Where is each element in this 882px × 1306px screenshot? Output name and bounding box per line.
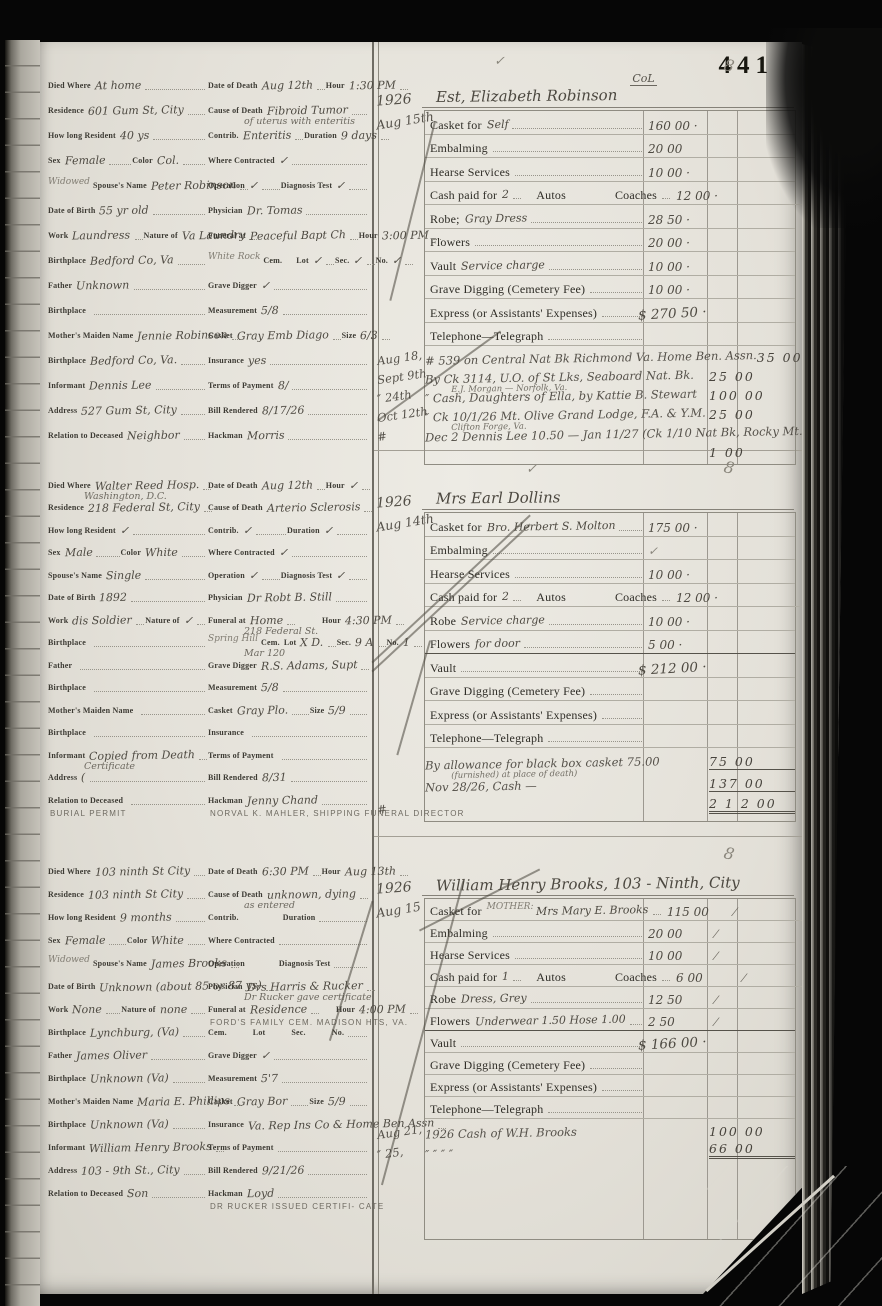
tick-cell (707, 513, 737, 537)
posting-cell (737, 299, 795, 323)
hand-printed-note: DR RUCKER ISSUED CERTIFI- CATE (210, 1202, 384, 1211)
form-row: Relation to DeceasedSon (48, 1178, 206, 1201)
form-row: How long Resident✓ (48, 515, 206, 538)
dotted-rule-line (153, 139, 205, 140)
dotted-rule-line (350, 714, 367, 715)
charges-table: Casket forBro. Herbert S. Molton175 00 ·… (424, 512, 796, 822)
form-value: Arterio Sclerosis (267, 501, 361, 515)
posting-cell (737, 323, 795, 347)
dotted-rule-line (662, 198, 670, 199)
form-row: Address527 Gum St, City (48, 393, 206, 418)
form-value: ✓ (183, 614, 192, 626)
form-label: Size (342, 331, 357, 341)
form-row: InformantCopied from DeathCertificate (48, 740, 206, 763)
form-value: 5/8 (261, 305, 279, 317)
dotted-rule-line (524, 647, 642, 648)
form-label: Physician (208, 593, 243, 603)
form-value: Self (487, 118, 509, 130)
form-row: Where Contracted✓ (208, 538, 368, 561)
dotted-rule-line (183, 1036, 205, 1037)
dotted-rule-line (80, 669, 205, 670)
form-value: ✓ (261, 280, 270, 292)
charge-description: Express (or Assistants' Expenses) (425, 299, 643, 323)
dotted-rule-line (382, 339, 390, 340)
form-value: 8/ (277, 380, 288, 392)
dotted-rule-line (131, 601, 205, 602)
charge-description: RobeDress, Grey (425, 987, 643, 1009)
form-value: 2 (502, 189, 509, 201)
amount-cell: 10 00 (643, 943, 707, 965)
form-label: Autos (536, 591, 566, 604)
form-row: Birthplace (48, 673, 206, 696)
form-label: Terms of Payment (208, 1143, 274, 1153)
amount-value: 20 00 (643, 143, 682, 156)
form-value: ✓ (313, 255, 322, 267)
form-label: Informant (48, 751, 85, 761)
form-label: Grave Digger (208, 281, 257, 291)
charge-description: Embalming (425, 921, 643, 943)
amount-value: 5 00 · (643, 639, 682, 652)
form-label: Autos (536, 189, 566, 202)
form-value: Bedford Co, Va (90, 254, 174, 267)
tick-mark: ⁄ (707, 1016, 717, 1029)
form-label: Physician (208, 206, 243, 216)
payment-date: ″ 25, (376, 1142, 422, 1162)
form-label: Funeral at (208, 616, 246, 626)
form-value: Single (106, 569, 141, 582)
form-value: 40 ys (120, 130, 150, 143)
charge-row: Grave Digging (Cemetery Fee) (425, 1053, 795, 1075)
form-label: Diagnosis Test (281, 181, 332, 191)
form-label: Express (or Assistants' Expenses) (430, 1081, 597, 1094)
form-value: 601 Gum St, City (88, 104, 184, 118)
page-stack-edge (802, 44, 848, 1294)
form-value: ✓ (324, 524, 333, 536)
form-value: Male (65, 547, 93, 559)
amount-value: ✓ (643, 545, 658, 558)
tick-cell (707, 631, 737, 655)
form-label: Bill Rendered (208, 406, 258, 416)
form-label: Vault (430, 1037, 456, 1050)
form-label: Contrib. (208, 131, 239, 141)
dotted-rule-line (352, 114, 367, 115)
amount-value: 10 00 · (643, 167, 690, 180)
tick-cell (707, 299, 737, 323)
dotted-rule-line (184, 439, 205, 440)
charge-description: Telephone—Telegraph (425, 725, 643, 749)
form-label: Father (48, 281, 72, 291)
tick-cell (707, 701, 737, 725)
dotted-rule-line (662, 600, 670, 601)
charge-row: Hearse Services10 00 · (425, 158, 795, 182)
dotted-rule-line (475, 245, 642, 246)
form-label: Robe (430, 615, 456, 628)
handwritten-sub-note: Washington, D.C. (84, 491, 167, 502)
form-row: InsuranceVa. Rep Ins Co & Home Ben Assn (208, 1109, 368, 1132)
form-label: Date of Death (208, 481, 258, 491)
tick-cell (707, 276, 737, 300)
payment-date (377, 767, 421, 773)
form-value: 9 days (341, 130, 377, 143)
form-value: 5/8 (261, 682, 279, 694)
charge-row: Flowersfor door5 00 · (425, 631, 795, 655)
posting-cell (737, 537, 795, 561)
amount-cell: 10 00 · (643, 560, 707, 584)
form-label: Embalming (430, 544, 488, 557)
charge-row: FlowersUnderwear 1.50 Hose 1.002 50⁄ (425, 1009, 795, 1031)
form-value: Bro. Herbert S. Molton (487, 519, 616, 533)
dotted-rule-line (361, 669, 369, 670)
charge-row: Casket forSelf160 00 · (425, 111, 795, 135)
ledger-record: Died Where103 ninth St CityResidence103 … (40, 842, 802, 1294)
form-row: How long Resident40 ys (48, 118, 206, 143)
form-label: Bill Rendered (208, 1166, 258, 1176)
form-row: How long Resident9 months (48, 902, 206, 925)
charge-description: Grave Digging (Cemetery Fee) (425, 276, 643, 300)
tick-cell: ⁄ (735, 965, 765, 987)
form-label: Relation to Deceased (48, 796, 123, 806)
form-value: Dennis Lee (89, 379, 152, 392)
dotted-rule-line (308, 414, 367, 415)
form-row: WorkNoneNature ofnone (48, 994, 206, 1017)
form-row: Grave DiggerR.S. Adams, Supt (208, 650, 368, 673)
form-row: Mother's Maiden NameMaria E. Phillips (48, 1086, 206, 1109)
dotted-rule-line (378, 646, 386, 647)
payment-amount: 66 00 (709, 1141, 795, 1159)
form-row: InformantDennis Lee (48, 368, 206, 393)
form-label: Hour (322, 867, 341, 877)
form-label: Address (48, 773, 77, 783)
form-row: Address103 - 9th St., City (48, 1155, 206, 1178)
tick-cell (707, 1075, 737, 1097)
form-row: Birthplace (48, 293, 206, 318)
form-value: ✓ (243, 524, 252, 536)
amount-value: 2 50 (643, 1016, 675, 1029)
form-label: Residence (48, 106, 84, 116)
tick-cell (735, 182, 765, 206)
payment-row: Aug 21,1926 Cash of W.H. Brooks100 00 (425, 1119, 795, 1139)
posting-cell (737, 631, 795, 655)
form-label: How long Resident (48, 526, 116, 536)
form-label: Date of Birth (48, 982, 95, 992)
form-row: Date of BirthUnknown (about 85 or 87 ys) (48, 971, 206, 994)
form-row: Died WhereAt home (48, 68, 206, 93)
form-label: Flowers (430, 236, 470, 249)
dotted-rule-line (292, 714, 309, 715)
dotted-rule-line (590, 292, 642, 293)
dotted-rule-line (191, 1013, 205, 1014)
form-label: Birthplace (48, 683, 86, 693)
tick-cell (707, 1053, 737, 1075)
form-value: 1 (502, 971, 509, 983)
form-label: Size (310, 706, 325, 716)
charge-description: Hearse Services (425, 158, 643, 182)
amount-cell (643, 323, 707, 347)
form-value: Service charge (461, 614, 545, 627)
dotted-rule-line (188, 114, 205, 115)
form-column-medical: Date of Death6:30 PMHourAug 13thCause of… (208, 856, 368, 1201)
form-value: yes (248, 355, 267, 367)
form-column-medical: Date of DeathAug 12thHour✓Cause of Death… (208, 470, 368, 808)
form-label: Insurance (208, 728, 244, 738)
charges-table: Casket forSelf160 00 ·Embalming20 00Hear… (424, 110, 796, 465)
form-label: Birthplace (48, 306, 86, 316)
dotted-rule-line (308, 1174, 367, 1175)
charge-row: Grave Digging (Cemetery Fee)10 00 · (425, 276, 795, 300)
form-row: Cause of DeathFibroid Tumorof uterus wit… (208, 93, 368, 118)
amount-cell: 20 00 · (643, 229, 707, 253)
dotted-rule-line (548, 339, 642, 340)
payment-row: ″ 24th″ Cash, Daughters of Ella, by Katt… (425, 384, 795, 403)
form-label: Hour (322, 616, 341, 626)
payment-row: #Dec 2 Dennis Lee 10.50 — Jan 11/27 (Ck … (425, 422, 795, 441)
posting-cell (737, 607, 795, 631)
dotted-rule-line (590, 694, 642, 695)
form-label: Where Contracted (208, 548, 275, 558)
form-label: Birthplace (48, 356, 86, 366)
amount-value: 115 00 (662, 906, 709, 919)
amount-cell: 10 00 · (643, 252, 707, 276)
form-value: R.S. Adams, Supt (261, 659, 358, 673)
dotted-rule-line (194, 875, 205, 876)
form-value: William Henry Brooks (89, 1141, 212, 1155)
amount-cell: 5 00 · (643, 631, 707, 655)
dotted-rule-line (513, 198, 521, 199)
charge-description: Casket forSelf (425, 111, 643, 135)
form-label: Duration (304, 131, 337, 141)
dotted-rule-line (512, 128, 642, 129)
form-label: Coaches (615, 591, 657, 604)
charge-row: Express (or Assistants' Expenses) (425, 1075, 795, 1097)
form-value: 2 (502, 591, 509, 603)
amount-cell: 160 00 · (643, 111, 707, 135)
dotted-rule-line (531, 222, 642, 223)
amount-value: $ 166 00 · (633, 1036, 707, 1053)
form-value: 4:00 PM (359, 1004, 406, 1017)
handwritten-sub-note: Mar 120 (244, 648, 285, 659)
tick-mark: ⁄ (707, 928, 717, 941)
form-value: Unknown (Va) (90, 1118, 169, 1131)
form-row: Bill Rendered8/31 (208, 763, 368, 786)
form-value: Dr. Tomas (247, 205, 303, 218)
form-label: Express (or Assistants' Expenses) (430, 709, 597, 722)
dotted-rule-line (348, 1036, 367, 1037)
form-label: Physician (208, 982, 243, 992)
form-label: Father (48, 661, 72, 671)
amount-value: $ 270 50 · (633, 306, 707, 323)
charge-row: Casket forBro. Herbert S. Molton175 00 · (425, 513, 795, 537)
form-label: Measurement (208, 683, 257, 693)
form-value: 55 yr old (99, 205, 149, 218)
form-row: Birthplace (48, 628, 206, 651)
pencil-mark: 8 (722, 457, 736, 478)
tick-mark: ⁄ (707, 950, 717, 963)
charge-description: Telephone—Telegraph (425, 1097, 643, 1119)
dotted-rule-line (328, 646, 336, 647)
form-row: SexFemaleColorWhite (48, 925, 206, 948)
form-row: Bill Rendered8/17/26 (208, 393, 368, 418)
form-row: Mother's Maiden Name (48, 695, 206, 718)
dotted-rule-line (187, 898, 205, 899)
dotted-rule-line (94, 314, 205, 315)
form-column-personal: Died WhereWalter Reed Hosp.Washington, D… (48, 470, 206, 808)
charge-row: Cash paid for2AutosCoaches12 00 · (425, 584, 795, 608)
form-value: 6:30 PM (262, 866, 309, 879)
form-label: Insurance (208, 1120, 244, 1130)
dotted-rule-line (136, 624, 144, 625)
payment-date: # (376, 424, 422, 444)
dotted-rule-line (94, 691, 205, 692)
form-value: None (72, 1004, 102, 1017)
payment-date: Sept 9th (376, 367, 422, 387)
form-label: Cause of Death (208, 503, 263, 513)
charge-row: Robe;Gray Dress28 50 · (425, 205, 795, 229)
ledger-scan: 441 Died WhereAt homeResidence601 Gum St… (0, 0, 882, 1306)
charge-description: Telephone—Telegraph (425, 323, 643, 347)
account-name: William Henry Brooks, 103 - Ninth, City (436, 873, 740, 894)
amount-value: 28 50 · (643, 214, 690, 227)
form-row: Operation✓Diagnosis Test✓ (208, 560, 368, 583)
account-title-wrap: William Henry Brooks, 103 - Ninth, City (422, 875, 794, 896)
form-label: Embalming (430, 142, 488, 155)
form-row: InformantWilliam Henry Brooks (48, 1132, 206, 1155)
form-row: Birthplace (48, 718, 206, 741)
form-value: 5'7 (261, 1073, 278, 1085)
form-label: Died Where (48, 867, 91, 877)
form-value: 9 A (355, 637, 374, 649)
amount-cell (643, 1075, 707, 1097)
form-row: Grave Digger✓ (208, 268, 368, 293)
form-value: for door (475, 638, 520, 651)
dotted-rule-line (131, 804, 205, 805)
pencil-mark: 8 (722, 843, 736, 864)
form-row: Residence601 Gum St, City (48, 93, 206, 118)
form-value: Residence (250, 1004, 307, 1017)
form-row: HackmanJenny ChandNORVAL K. MAHLER, SHIP… (208, 785, 368, 808)
form-value: Col. (157, 155, 179, 167)
account-year: 1926 (375, 90, 422, 109)
dotted-rule-line (134, 289, 205, 290)
form-label: Hour (326, 81, 345, 91)
dotted-rule-line (274, 289, 367, 290)
amount-cell: 175 00 · (643, 513, 707, 537)
amount-cell: 10 00 · (643, 607, 707, 631)
dotted-rule-line (94, 646, 205, 647)
tick-cell: ⁄ (707, 1009, 737, 1031)
dotted-rule-line (350, 239, 358, 240)
form-label: Hour (326, 481, 345, 491)
amount-value: 20 00 · (643, 237, 690, 250)
dotted-rule-line (317, 489, 325, 490)
form-label: Lot (284, 638, 297, 648)
form-label: Robe; (430, 213, 460, 226)
dotted-rule-line (602, 718, 642, 719)
payment-row: By allowance for black box casket 75.00(… (425, 748, 795, 770)
dotted-rule-line (367, 264, 375, 265)
dotted-rule-line (602, 1090, 642, 1091)
posting-cell (737, 513, 795, 537)
form-value: dis Soldier (72, 614, 132, 627)
form-row: OperationDiagnosis Test (208, 948, 368, 971)
form-value: ✓ (353, 255, 362, 267)
form-label: Sex (48, 936, 61, 946)
dotted-rule-line (313, 875, 321, 876)
binding-shadow (766, 28, 882, 228)
amount-cell (643, 678, 707, 702)
amount-value: 10 00 · (643, 569, 690, 582)
charge-row: Vault$ 212 00 · (425, 654, 795, 678)
amount-cell: 6 00 (671, 965, 735, 987)
form-value: Unknown (76, 280, 129, 293)
dotted-rule-line (279, 944, 367, 945)
form-label: Hackman (208, 796, 243, 806)
tick-cell (707, 135, 737, 159)
form-label: Work (48, 616, 68, 626)
form-row: WidowedSpouse's NameJames Brooks (48, 948, 206, 971)
ledger-record: Died WhereWalter Reed Hosp.Washington, D… (40, 456, 802, 840)
form-label: Cause of Death (208, 106, 263, 116)
form-label: Contrib. (208, 526, 239, 536)
dotted-rule-line (178, 264, 205, 265)
form-value: Female (65, 155, 106, 168)
form-row: Date of DeathAug 12thHour✓ (208, 470, 368, 493)
charge-row: Express (or Assistants' Expenses) (425, 701, 795, 725)
tick-cell: ⁄ (726, 899, 756, 921)
form-value: Peaceful Bapt Ch (250, 229, 346, 243)
tick-cell: ⁄ (707, 921, 737, 943)
dotted-rule-line (414, 646, 422, 647)
amount-cell: $ 166 00 · (643, 1031, 707, 1053)
form-label: How long Resident (48, 913, 116, 923)
form-label: Duration (283, 913, 316, 923)
dotted-rule-line (270, 364, 367, 365)
dotted-rule-line (396, 624, 404, 625)
tick-cell: ⁄ (707, 943, 737, 965)
colored-designation-note: CoL (630, 72, 656, 86)
form-row: Funeral atHomeHour4:30 PM218 Federal St. (208, 605, 368, 628)
form-value: Underwear 1.50 Hose 1.00 (475, 1014, 626, 1029)
amount-value: 12 00 · (671, 190, 718, 203)
form-label: Vault (430, 662, 456, 675)
form-row: FatherUnknown (48, 268, 206, 293)
posting-cell (737, 229, 795, 253)
form-label: Bill Rendered (208, 773, 258, 783)
form-row: Date of Birth1892 (48, 583, 206, 606)
payment-row: #2 1 2 00 (425, 792, 795, 814)
form-value: Dress, Grey (461, 992, 527, 1005)
charge-description: Embalming (425, 135, 643, 159)
form-label: Embalming (430, 927, 488, 940)
form-value: ( (81, 772, 86, 784)
form-value: 6/3 (360, 330, 378, 342)
form-label: Express (or Assistants' Expenses) (430, 307, 597, 320)
charge-description: Embalming (425, 537, 643, 561)
dotted-rule-line (367, 990, 375, 991)
form-label: Nature of (121, 1005, 155, 1015)
dotted-rule-line (145, 579, 205, 580)
dotted-rule-line (317, 89, 325, 90)
form-value: Lynchburg, (Va) (90, 1026, 179, 1040)
dotted-rule-line (337, 534, 367, 535)
form-label: Lot (296, 256, 309, 266)
dotted-rule-line (90, 781, 205, 782)
form-label: Spouse's Name (48, 571, 102, 581)
charge-row: Cash paid for1AutosCoaches6 00⁄ (425, 965, 795, 987)
account-date: Aug 14th (375, 512, 423, 534)
form-label: Date of Death (208, 867, 258, 877)
form-value: Unknown (Va) (90, 1072, 169, 1085)
payment-row: ″ 25,″ ″ ″ ″66 00 (425, 1139, 795, 1159)
